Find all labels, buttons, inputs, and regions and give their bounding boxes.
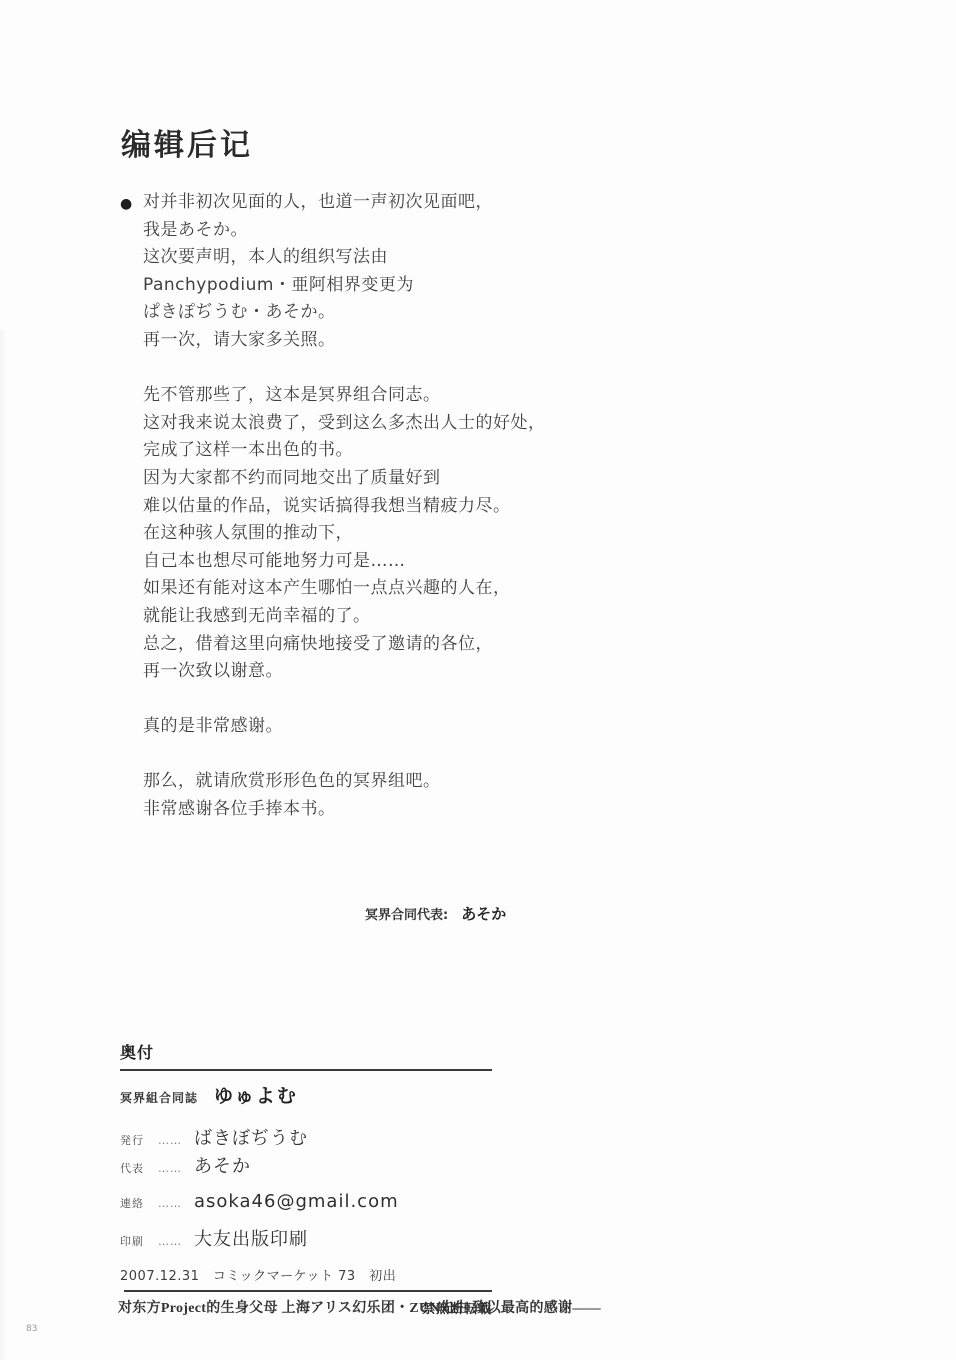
colophon: 奥付 冥界組合同誌 ゆゅよむ 発行 …… ばきぼぢうむ 代表 …… あそか	[120, 1040, 492, 1317]
body-line: 因为大家都不约而同地交出了质量好到	[143, 465, 613, 493]
colophon-row-label: 代表	[120, 1160, 150, 1176]
dotted-leader: ……	[158, 1162, 182, 1175]
colophon-row: 代表 …… あそか	[120, 1152, 492, 1178]
scan-edge-shade	[0, 330, 6, 1360]
thanks-to-zun-line: 对东方Project的生身父母 上海アリス幻乐团・ZUN先生 致以最高的感谢——	[118, 1297, 601, 1317]
colophon-row-value: あそか	[194, 1152, 251, 1178]
series-title: ゆゅよむ	[214, 1081, 298, 1108]
colophon-rows: 発行 …… ばきぼぢうむ 代表 …… あそか 連絡 …… asoka46@gma…	[120, 1124, 492, 1251]
page-number: 83	[26, 1324, 37, 1334]
body-line: 自己本也想尽可能地努力可是……	[143, 548, 613, 576]
first-publication-line: 2007.12.31 コミックマーケット 73 初出	[120, 1265, 492, 1284]
body-line: 这对我来说太浪费了，受到这么多杰出人士的好处，	[143, 410, 613, 438]
colophon-row-value: ばきぼぢうむ	[194, 1124, 308, 1150]
body-line: 我是あそか。	[143, 217, 613, 245]
afterword-body: 对并非初次见面的人，也道一声初次见面吧， 我是あそか。 这次要声明，本人的组织写…	[143, 189, 613, 824]
colophon-row-label: 連絡	[120, 1195, 150, 1211]
body-line	[143, 741, 613, 769]
signature-label: 冥界合同代表:	[365, 908, 448, 923]
body-line: 再一次，请大家多关照。	[143, 327, 613, 355]
body-line: ぱきぽぢうむ・あそか。	[143, 299, 613, 327]
body-line: 就能让我感到无尚幸福的了。	[143, 603, 613, 631]
signature-name: あそか	[461, 905, 506, 923]
colophon-row: 連絡 …… asoka46@gmail.com	[120, 1191, 492, 1212]
body-line: 完成了这样一本出色的书。	[143, 437, 613, 465]
colophon-row: 印刷 …… 大友出版印刷	[120, 1225, 492, 1251]
body-line: 那么，就请欣赏形形色色的冥界组吧。	[143, 768, 613, 796]
signature-line: 冥界合同代表: あそか	[365, 903, 506, 924]
scanned-afterword-page: 编辑后记 ● 对并非初次见面的人，也道一声初次见面吧， 我是あそか。 这次要声明…	[0, 0, 956, 1360]
colophon-row: 発行 …… ばきぼぢうむ	[120, 1124, 492, 1150]
dotted-leader: ……	[158, 1235, 182, 1248]
body-line: 这次要声明，本人的组织写法由	[143, 244, 613, 272]
bullet-icon: ●	[120, 197, 132, 211]
body-line	[143, 686, 613, 714]
colophon-row-value: asoka46@gmail.com	[194, 1191, 399, 1212]
colophon-row-label: 印刷	[120, 1233, 150, 1249]
dotted-leader: ……	[158, 1197, 182, 1210]
colophon-heading: 奥付	[120, 1040, 492, 1071]
body-line: 对并非初次见面的人，也道一声初次见面吧，	[143, 189, 613, 217]
body-line: 先不管那些了，这本是冥界组合同志。	[143, 382, 613, 410]
colophon-divider	[124, 1290, 492, 1292]
body-line: Panchypodium・亜阿相界变更为	[143, 272, 613, 300]
series-label: 冥界組合同誌	[120, 1089, 198, 1106]
body-line: 再一次致以谢意。	[143, 658, 613, 686]
dotted-leader: ……	[158, 1134, 182, 1147]
body-line: 如果还有能对这本产生哪怕一点点兴趣的人在，	[143, 575, 613, 603]
body-line: 难以估量的作品，说实话搞得我想当精疲力尽。	[143, 493, 613, 521]
body-line: 总之，借着这里向痛快地接受了邀请的各位，	[143, 631, 613, 659]
body-line: 真的是非常感谢。	[143, 713, 613, 741]
colophon-row-value: 大友出版印刷	[194, 1225, 308, 1251]
body-line: 非常感谢各位手捧本书。	[143, 796, 613, 824]
colophon-series-line: 冥界組合同誌 ゆゅよむ	[120, 1081, 492, 1108]
page-title: 编辑后记	[121, 120, 253, 164]
body-line: 在这种骇人氛围的推动下，	[143, 520, 613, 548]
colophon-row-label: 発行	[120, 1132, 150, 1148]
body-line	[143, 355, 613, 383]
